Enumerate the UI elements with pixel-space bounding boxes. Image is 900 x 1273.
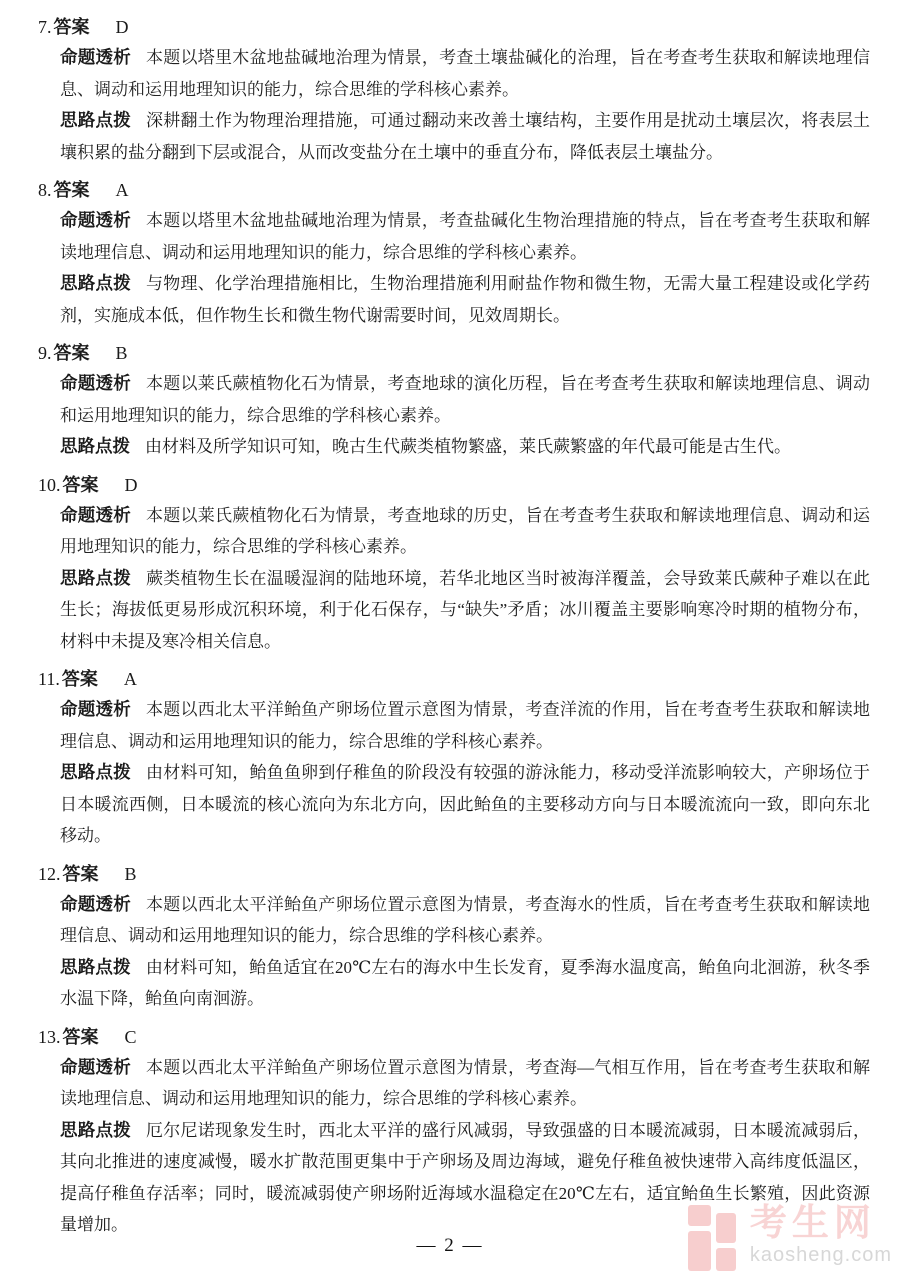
analysis-label: 命题透析: [60, 894, 131, 914]
answer-item: 7.答案D 命题透析本题以塔里木盆地盐碱地治理为情景，考查土壤盐碱化的治理，旨在…: [38, 12, 870, 168]
watermark-brand-en: kaosheng.com: [750, 1245, 892, 1266]
analysis-label: 命题透析: [60, 505, 131, 525]
analysis-paragraph: 命题透析本题以塔里木盆地盐碱地治理为情景，考查土壤盐碱化的治理，旨在考查考生获取…: [60, 42, 870, 105]
analysis-text: 本题以西北太平洋鲐鱼产卵场位置示意图为情景，考查海—气相互作用，旨在考查考生获取…: [60, 1058, 870, 1109]
guidance-text: 蕨类植物生长在温暖湿润的陆地环境，若华北地区当时被海洋覆盖，会导致莱氏蕨种子难以…: [60, 569, 870, 651]
analysis-text: 本题以莱氏蕨植物化石为情景，考查地球的演化历程，旨在考查考生获取和解读地理信息、…: [60, 374, 870, 425]
answer-letter: D: [125, 475, 138, 495]
answer-label: 答案: [63, 1027, 99, 1047]
guidance-label: 思路点拨: [60, 957, 131, 977]
item-header: 11.答案A: [38, 664, 870, 694]
analysis-text: 本题以塔里木盆地盐碱地治理为情景，考查盐碱化生物治理措施的特点，旨在考查考生获取…: [60, 211, 870, 262]
guidance-label: 思路点拨: [60, 436, 130, 456]
analysis-text: 本题以塔里木盆地盐碱地治理为情景，考查土壤盐碱化的治理，旨在考查考生获取和解读地…: [60, 48, 870, 99]
analysis-text: 本题以西北太平洋鲐鱼产卵场位置示意图为情景，考查洋流的作用，旨在考查考生获取和解…: [60, 700, 870, 751]
guidance-text: 与物理、化学治理措施相比，生物治理措施利用耐盐作物和微生物，无需大量工程建设或化…: [60, 274, 870, 325]
guidance-text: 由材料可知，鲐鱼鱼卵到仔稚鱼的阶段没有较强的游泳能力，移动受洋流影响较大，产卵场…: [60, 763, 870, 845]
analysis-label: 命题透析: [60, 373, 131, 393]
guidance-paragraph: 思路点拨由材料及所学知识可知，晚古生代蕨类植物繁盛，莱氏蕨繁盛的年代最可能是古生…: [60, 431, 870, 463]
analysis-paragraph: 命题透析本题以塔里木盆地盐碱地治理为情景，考查盐碱化生物治理措施的特点，旨在考查…: [60, 205, 870, 268]
answer-label: 答案: [63, 475, 99, 495]
item-number: 13.: [38, 1027, 61, 1047]
guidance-label: 思路点拨: [60, 762, 131, 782]
guidance-label: 思路点拨: [60, 110, 131, 130]
guidance-paragraph: 思路点拨蕨类植物生长在温暖湿润的陆地环境，若华北地区当时被海洋覆盖，会导致莱氏蕨…: [60, 563, 870, 658]
answer-label: 答案: [54, 17, 90, 37]
watermark-brand-cn: 考生网: [750, 1204, 892, 1243]
page-number: — 2 —: [417, 1235, 484, 1256]
item-header: 9.答案B: [38, 338, 870, 368]
answer-item: 8.答案A 命题透析本题以塔里木盆地盐碱地治理为情景，考查盐碱化生物治理措施的特…: [38, 175, 870, 331]
analysis-paragraph: 命题透析本题以西北太平洋鲐鱼产卵场位置示意图为情景，考查海水的性质，旨在考查考生…: [60, 889, 870, 952]
analysis-paragraph: 命题透析本题以莱氏蕨植物化石为情景，考查地球的演化历程，旨在考查考生获取和解读地…: [60, 368, 870, 431]
guidance-text: 由材料可知，鲐鱼适宜在20℃左右的海水中生长发育，夏季海水温度高，鲐鱼向北洄游，…: [60, 958, 870, 1009]
analysis-label: 命题透析: [60, 210, 131, 230]
answer-label: 答案: [63, 864, 99, 884]
guidance-label: 思路点拨: [60, 1120, 131, 1140]
guidance-text: 由材料及所学知识可知，晚古生代蕨类植物繁盛，莱氏蕨繁盛的年代最可能是古生代。: [145, 437, 791, 456]
analysis-paragraph: 命题透析本题以西北太平洋鲐鱼产卵场位置示意图为情景，考查洋流的作用，旨在考查考生…: [60, 694, 870, 757]
kaosheng-logo-icon: [688, 1199, 740, 1271]
analysis-text: 本题以西北太平洋鲐鱼产卵场位置示意图为情景，考查海水的性质，旨在考查考生获取和解…: [60, 895, 870, 946]
answer-label: 答案: [62, 669, 98, 689]
guidance-paragraph: 思路点拨由材料可知，鲐鱼鱼卵到仔稚鱼的阶段没有较强的游泳能力，移动受洋流影响较大…: [60, 757, 870, 852]
guidance-text: 深耕翻土作为物理治理措施，可通过翻动来改善土壤结构，主要作用是扰动土壤层次，将表…: [60, 111, 870, 162]
guidance-paragraph: 思路点拨由材料可知，鲐鱼适宜在20℃左右的海水中生长发育，夏季海水温度高，鲐鱼向…: [60, 952, 870, 1015]
kaosheng-watermark: 考生网 kaosheng.com: [688, 1199, 892, 1271]
guidance-label: 思路点拨: [60, 273, 131, 293]
answer-letter: D: [116, 17, 129, 37]
guidance-paragraph: 思路点拨与物理、化学治理措施相比，生物治理措施利用耐盐作物和微生物，无需大量工程…: [60, 268, 870, 331]
answer-item: 12.答案B 命题透析本题以西北太平洋鲐鱼产卵场位置示意图为情景，考查海水的性质…: [38, 859, 870, 1015]
answer-item: 9.答案B 命题透析本题以莱氏蕨植物化石为情景，考查地球的演化历程，旨在考查考生…: [38, 338, 870, 463]
item-number: 10.: [38, 475, 61, 495]
answer-letter: B: [125, 864, 137, 884]
analysis-label: 命题透析: [60, 699, 131, 719]
item-header: 13.答案C: [38, 1022, 870, 1052]
item-number: 12.: [38, 864, 61, 884]
answer-letter: C: [125, 1027, 137, 1047]
answer-letter: A: [116, 180, 129, 200]
item-header: 10.答案D: [38, 470, 870, 500]
analysis-label: 命题透析: [60, 1057, 131, 1077]
item-number: 9.: [38, 343, 52, 363]
answer-letter: A: [124, 669, 137, 689]
guidance-paragraph: 思路点拨深耕翻土作为物理治理措施，可通过翻动来改善土壤结构，主要作用是扰动土壤层…: [60, 105, 870, 168]
item-number: 7.: [38, 17, 52, 37]
answer-item: 11.答案A 命题透析本题以西北太平洋鲐鱼产卵场位置示意图为情景，考查洋流的作用…: [38, 664, 870, 852]
item-number: 8.: [38, 180, 52, 200]
analysis-label: 命题透析: [60, 47, 131, 67]
guidance-label: 思路点拨: [60, 568, 131, 588]
answer-item: 10.答案D 命题透析本题以莱氏蕨植物化石为情景，考查地球的历史，旨在考查考生获…: [38, 470, 870, 658]
answer-label: 答案: [54, 343, 90, 363]
item-header: 8.答案A: [38, 175, 870, 205]
analysis-paragraph: 命题透析本题以西北太平洋鲐鱼产卵场位置示意图为情景，考查海—气相互作用，旨在考查…: [60, 1052, 870, 1115]
analysis-paragraph: 命题透析本题以莱氏蕨植物化石为情景，考查地球的历史，旨在考查考生获取和解读地理信…: [60, 500, 870, 563]
answer-letter: B: [116, 343, 128, 363]
item-header: 12.答案B: [38, 859, 870, 889]
analysis-text: 本题以莱氏蕨植物化石为情景，考查地球的历史，旨在考查考生获取和解读地理信息、调动…: [60, 506, 870, 557]
answer-label: 答案: [54, 180, 90, 200]
watermark-text: 考生网 kaosheng.com: [750, 1204, 892, 1266]
item-header: 7.答案D: [38, 12, 870, 42]
answer-key-page: 7.答案D 命题透析本题以塔里木盆地盐碱地治理为情景，考查土壤盐碱化的治理，旨在…: [0, 0, 900, 1241]
item-number: 11.: [38, 669, 60, 689]
